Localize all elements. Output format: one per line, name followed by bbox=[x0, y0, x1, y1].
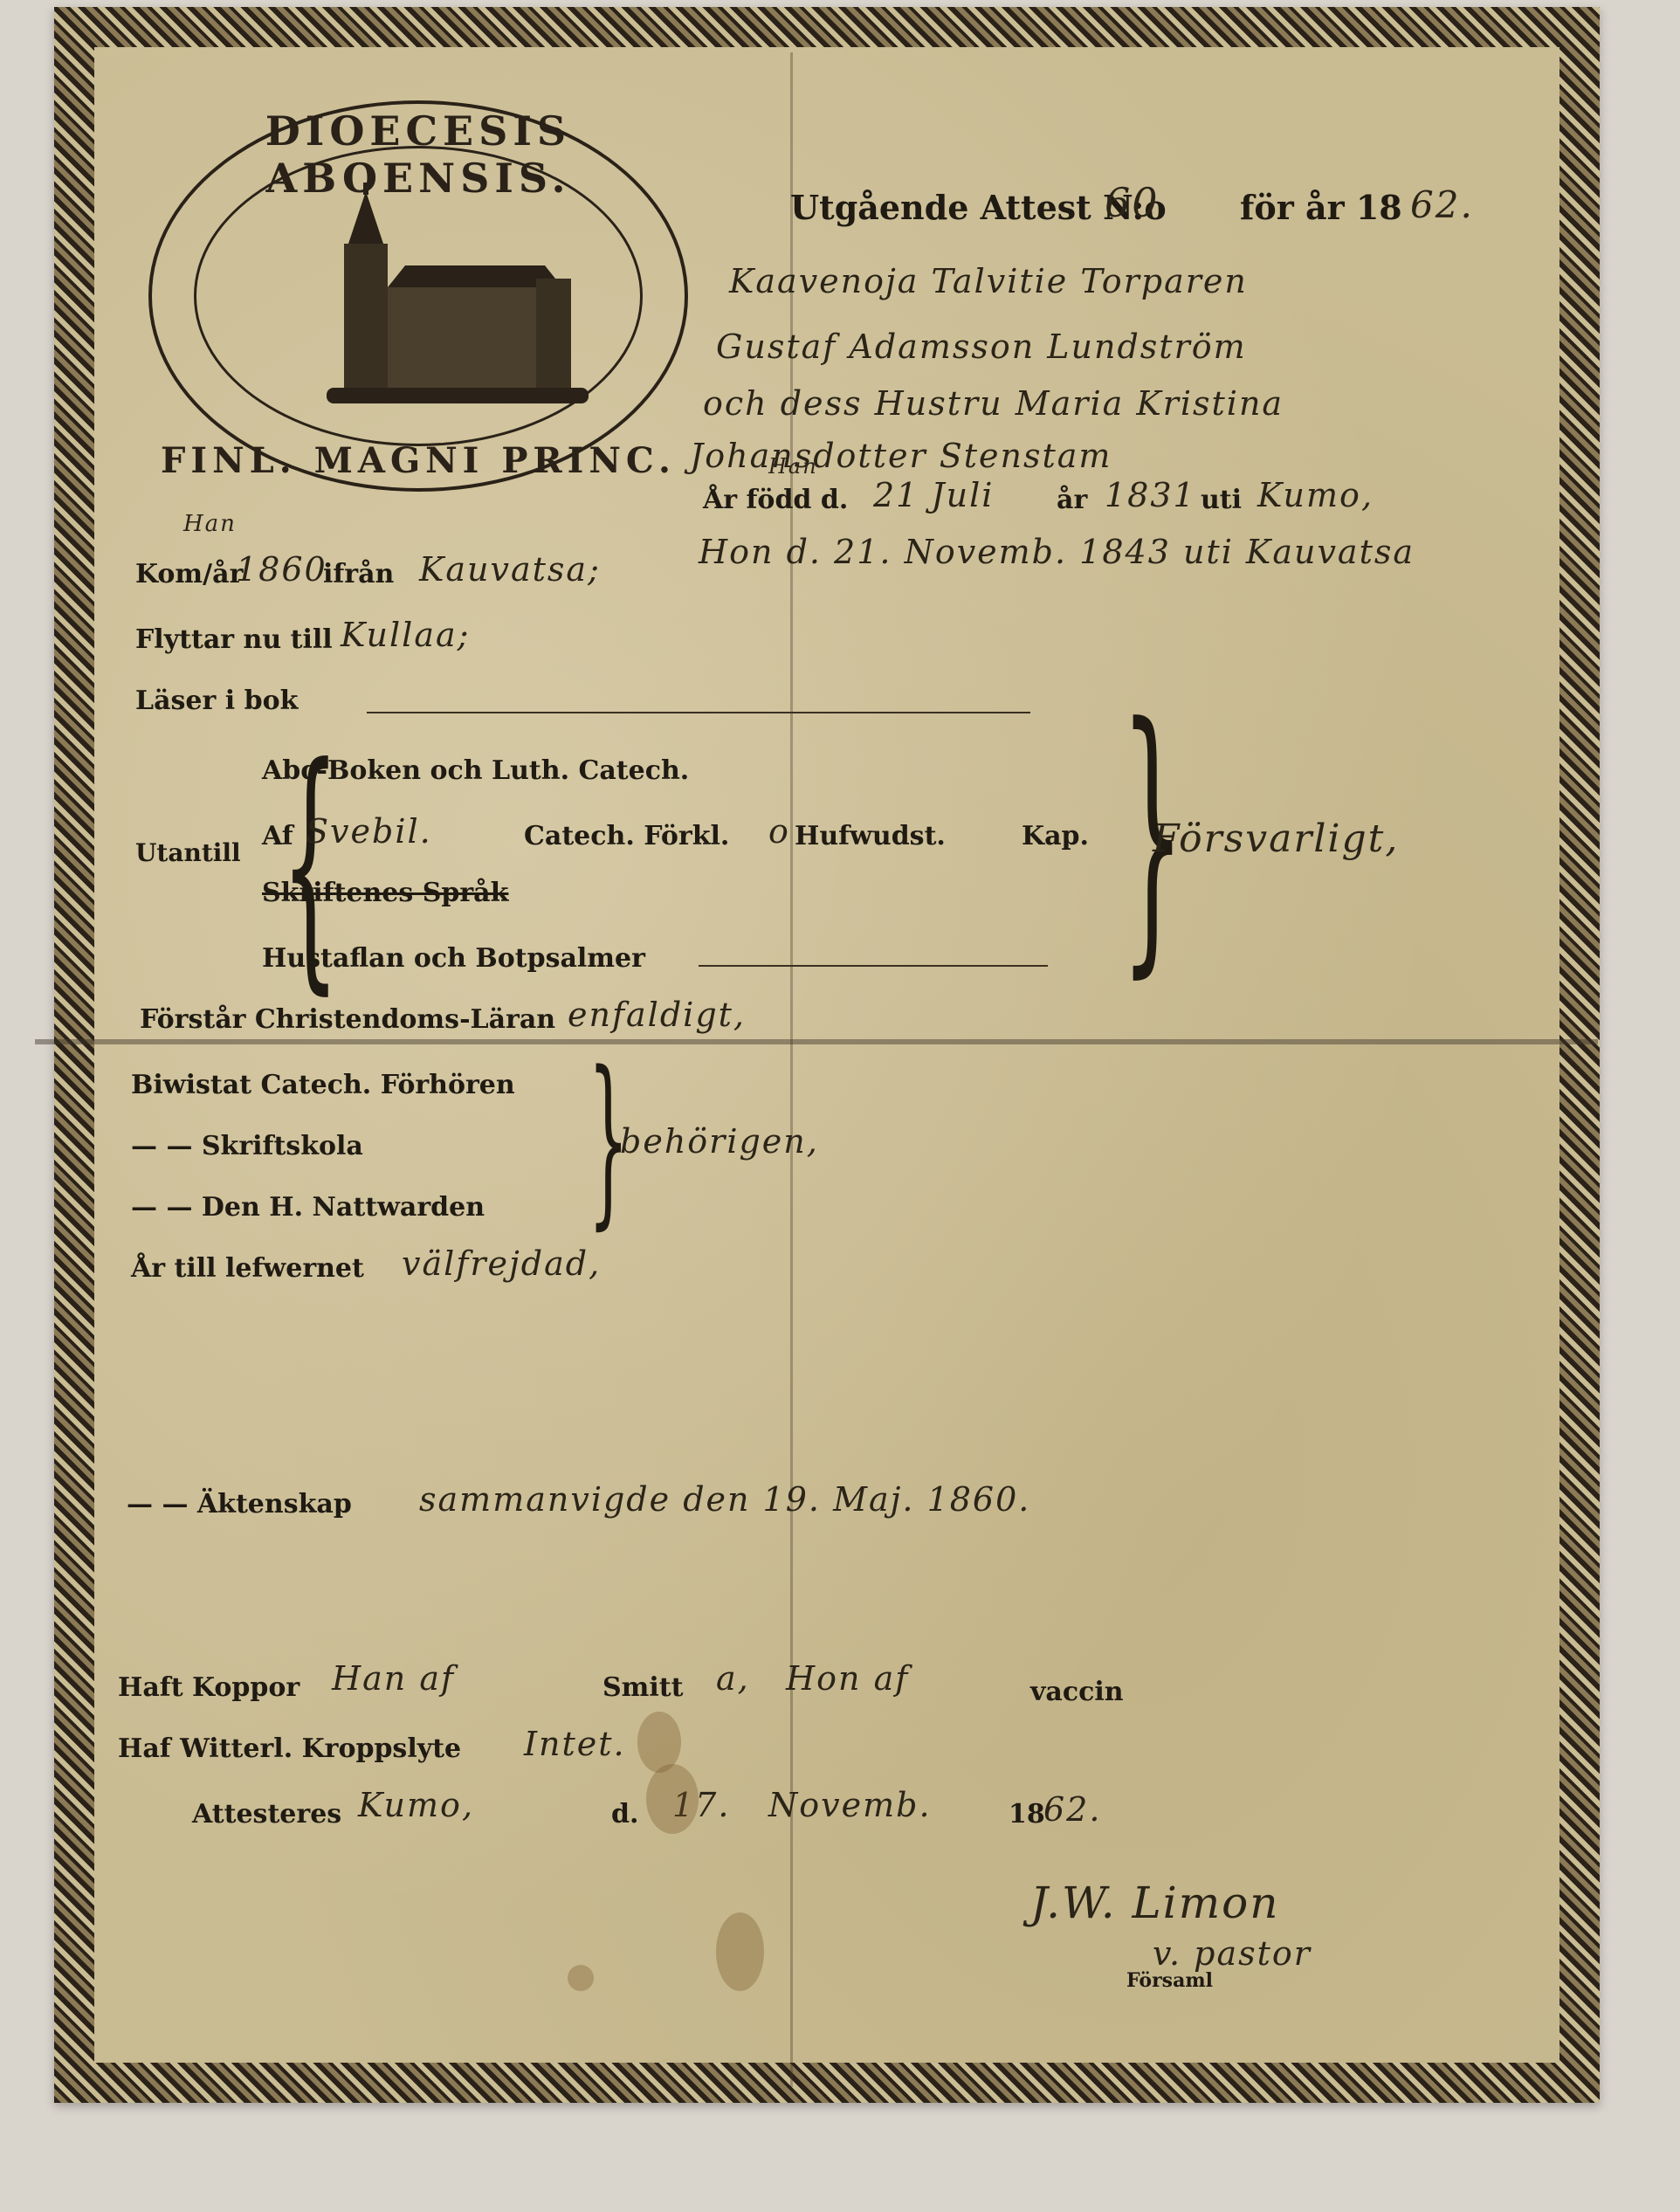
utantill-item-3: Skriftenes Språk bbox=[262, 878, 508, 908]
attest-year: 62. bbox=[1410, 183, 1474, 226]
signature-printed: Församl bbox=[1126, 1969, 1213, 1992]
person-line-2: Gustaf Adamsson Lundström bbox=[716, 327, 1247, 366]
kom-insert: Han bbox=[183, 511, 237, 537]
attesteres-month: Novemb. bbox=[768, 1786, 932, 1824]
attesteres-d: d. bbox=[611, 1799, 638, 1830]
biwistat-item-2: — — Skriftskola bbox=[131, 1131, 363, 1161]
smitt-label: Smitt bbox=[602, 1672, 684, 1703]
attesteres-year-hand: 62. bbox=[1043, 1790, 1101, 1829]
utantill-item-2-prefix: Af bbox=[262, 821, 293, 851]
kom-from-label: ifrån bbox=[323, 559, 394, 589]
flyttar-label: Flyttar nu till bbox=[135, 624, 333, 655]
forstar-value: enfaldigt, bbox=[568, 996, 746, 1034]
kom-year: 1860 bbox=[236, 550, 327, 589]
attesteres-year-printed: 18 bbox=[1009, 1799, 1045, 1830]
stain bbox=[716, 1912, 764, 1991]
utantill-item-2-mid: Catech. Förkl. bbox=[524, 821, 729, 851]
koppor-label: Haft Koppor bbox=[118, 1672, 300, 1703]
stain bbox=[568, 1965, 594, 1991]
attest-number: 60 bbox=[1105, 179, 1160, 226]
forstar-label: Förstår Christendoms-Läran bbox=[140, 1004, 555, 1035]
utantill-item-2-hand: Svebil. bbox=[306, 812, 432, 851]
biwistat-item-1: Biwistat Catech. Förhören bbox=[131, 1070, 515, 1100]
lefwernet-label: År till lefwernet bbox=[131, 1253, 364, 1284]
attesteres-label: Attesteres bbox=[192, 1799, 341, 1830]
attesteres-place: Kumo, bbox=[358, 1786, 474, 1824]
utantill-line bbox=[699, 965, 1048, 967]
laser-line bbox=[367, 712, 1030, 713]
aktenskap-label: — — Äktenskap bbox=[127, 1489, 352, 1519]
stain bbox=[646, 1764, 699, 1834]
biwistat-item-3: — — Den H. Nattwarden bbox=[131, 1192, 485, 1223]
utantill-item-1: Abc-Boken och Luth. Catech. bbox=[262, 755, 689, 786]
birth-year-him: 1831 bbox=[1105, 476, 1196, 514]
laser-label: Läser i bok bbox=[135, 686, 298, 716]
kom-label: Kom/år bbox=[135, 559, 243, 589]
kroppslyte-label: Haf Witterl. Kroppslyte bbox=[118, 1733, 461, 1764]
smitt-value: a, bbox=[716, 1659, 750, 1698]
seal-bottom-text: FINL. MAGNI PRINC. bbox=[152, 440, 685, 481]
birth-label: År född d. bbox=[703, 485, 848, 515]
koppor-him: Han af bbox=[332, 1659, 455, 1698]
kom-from-value: Kauvatsa; bbox=[419, 550, 601, 589]
person-line-4: Johansdotter Stenstam bbox=[690, 437, 1112, 475]
vaccin-label: vaccin bbox=[1030, 1677, 1124, 1707]
fold-line-horizontal bbox=[35, 1039, 1598, 1044]
biwistat-result: behörigen, bbox=[620, 1122, 819, 1161]
person-line-1: Kaavenoja Talvitie Torparen bbox=[729, 262, 1248, 300]
attest-year-label: för år 18 bbox=[1240, 188, 1402, 227]
utantill-result: Försvarligt, bbox=[1153, 817, 1399, 861]
utantill-kap: Kap. bbox=[1022, 821, 1089, 851]
utantill-label: Utantill bbox=[135, 838, 241, 867]
kroppslyte-value: Intet. bbox=[524, 1725, 626, 1763]
utantill-item-2-hand2: o bbox=[768, 812, 790, 851]
utantill-item-2-end: Hufwudst. bbox=[795, 821, 946, 851]
diocese-seal: DIOECESIS ABOENSIS. FINL. MAGNI PRINC. bbox=[148, 100, 688, 492]
birth-day-him: 21 Juli bbox=[873, 476, 994, 514]
birth-her: Hon d. 21. Novemb. 1843 uti Kauvatsa bbox=[699, 533, 1415, 571]
birth-year-label: år bbox=[1057, 485, 1087, 515]
utantill-item-4: Hustaflan och Botpsalmer bbox=[262, 943, 645, 974]
person-line-3: och dess Hustru Maria Kristina bbox=[703, 384, 1284, 423]
birth-place-him: Kumo, bbox=[1257, 476, 1374, 514]
signature-name: J.W. Limon bbox=[1030, 1878, 1279, 1928]
signature-title: v. pastor bbox=[1153, 1934, 1312, 1973]
flyttar-value: Kullaa; bbox=[341, 616, 470, 654]
lefwernet-value: välfrejdad, bbox=[402, 1244, 601, 1283]
koppor-her: Hon af bbox=[786, 1659, 909, 1698]
aktenskap-value: sammanvigde den 19. Maj. 1860. bbox=[419, 1480, 1030, 1519]
birth-place-label: uti bbox=[1201, 485, 1242, 515]
birth-insert: Han bbox=[768, 454, 818, 479]
church-icon bbox=[309, 183, 589, 410]
